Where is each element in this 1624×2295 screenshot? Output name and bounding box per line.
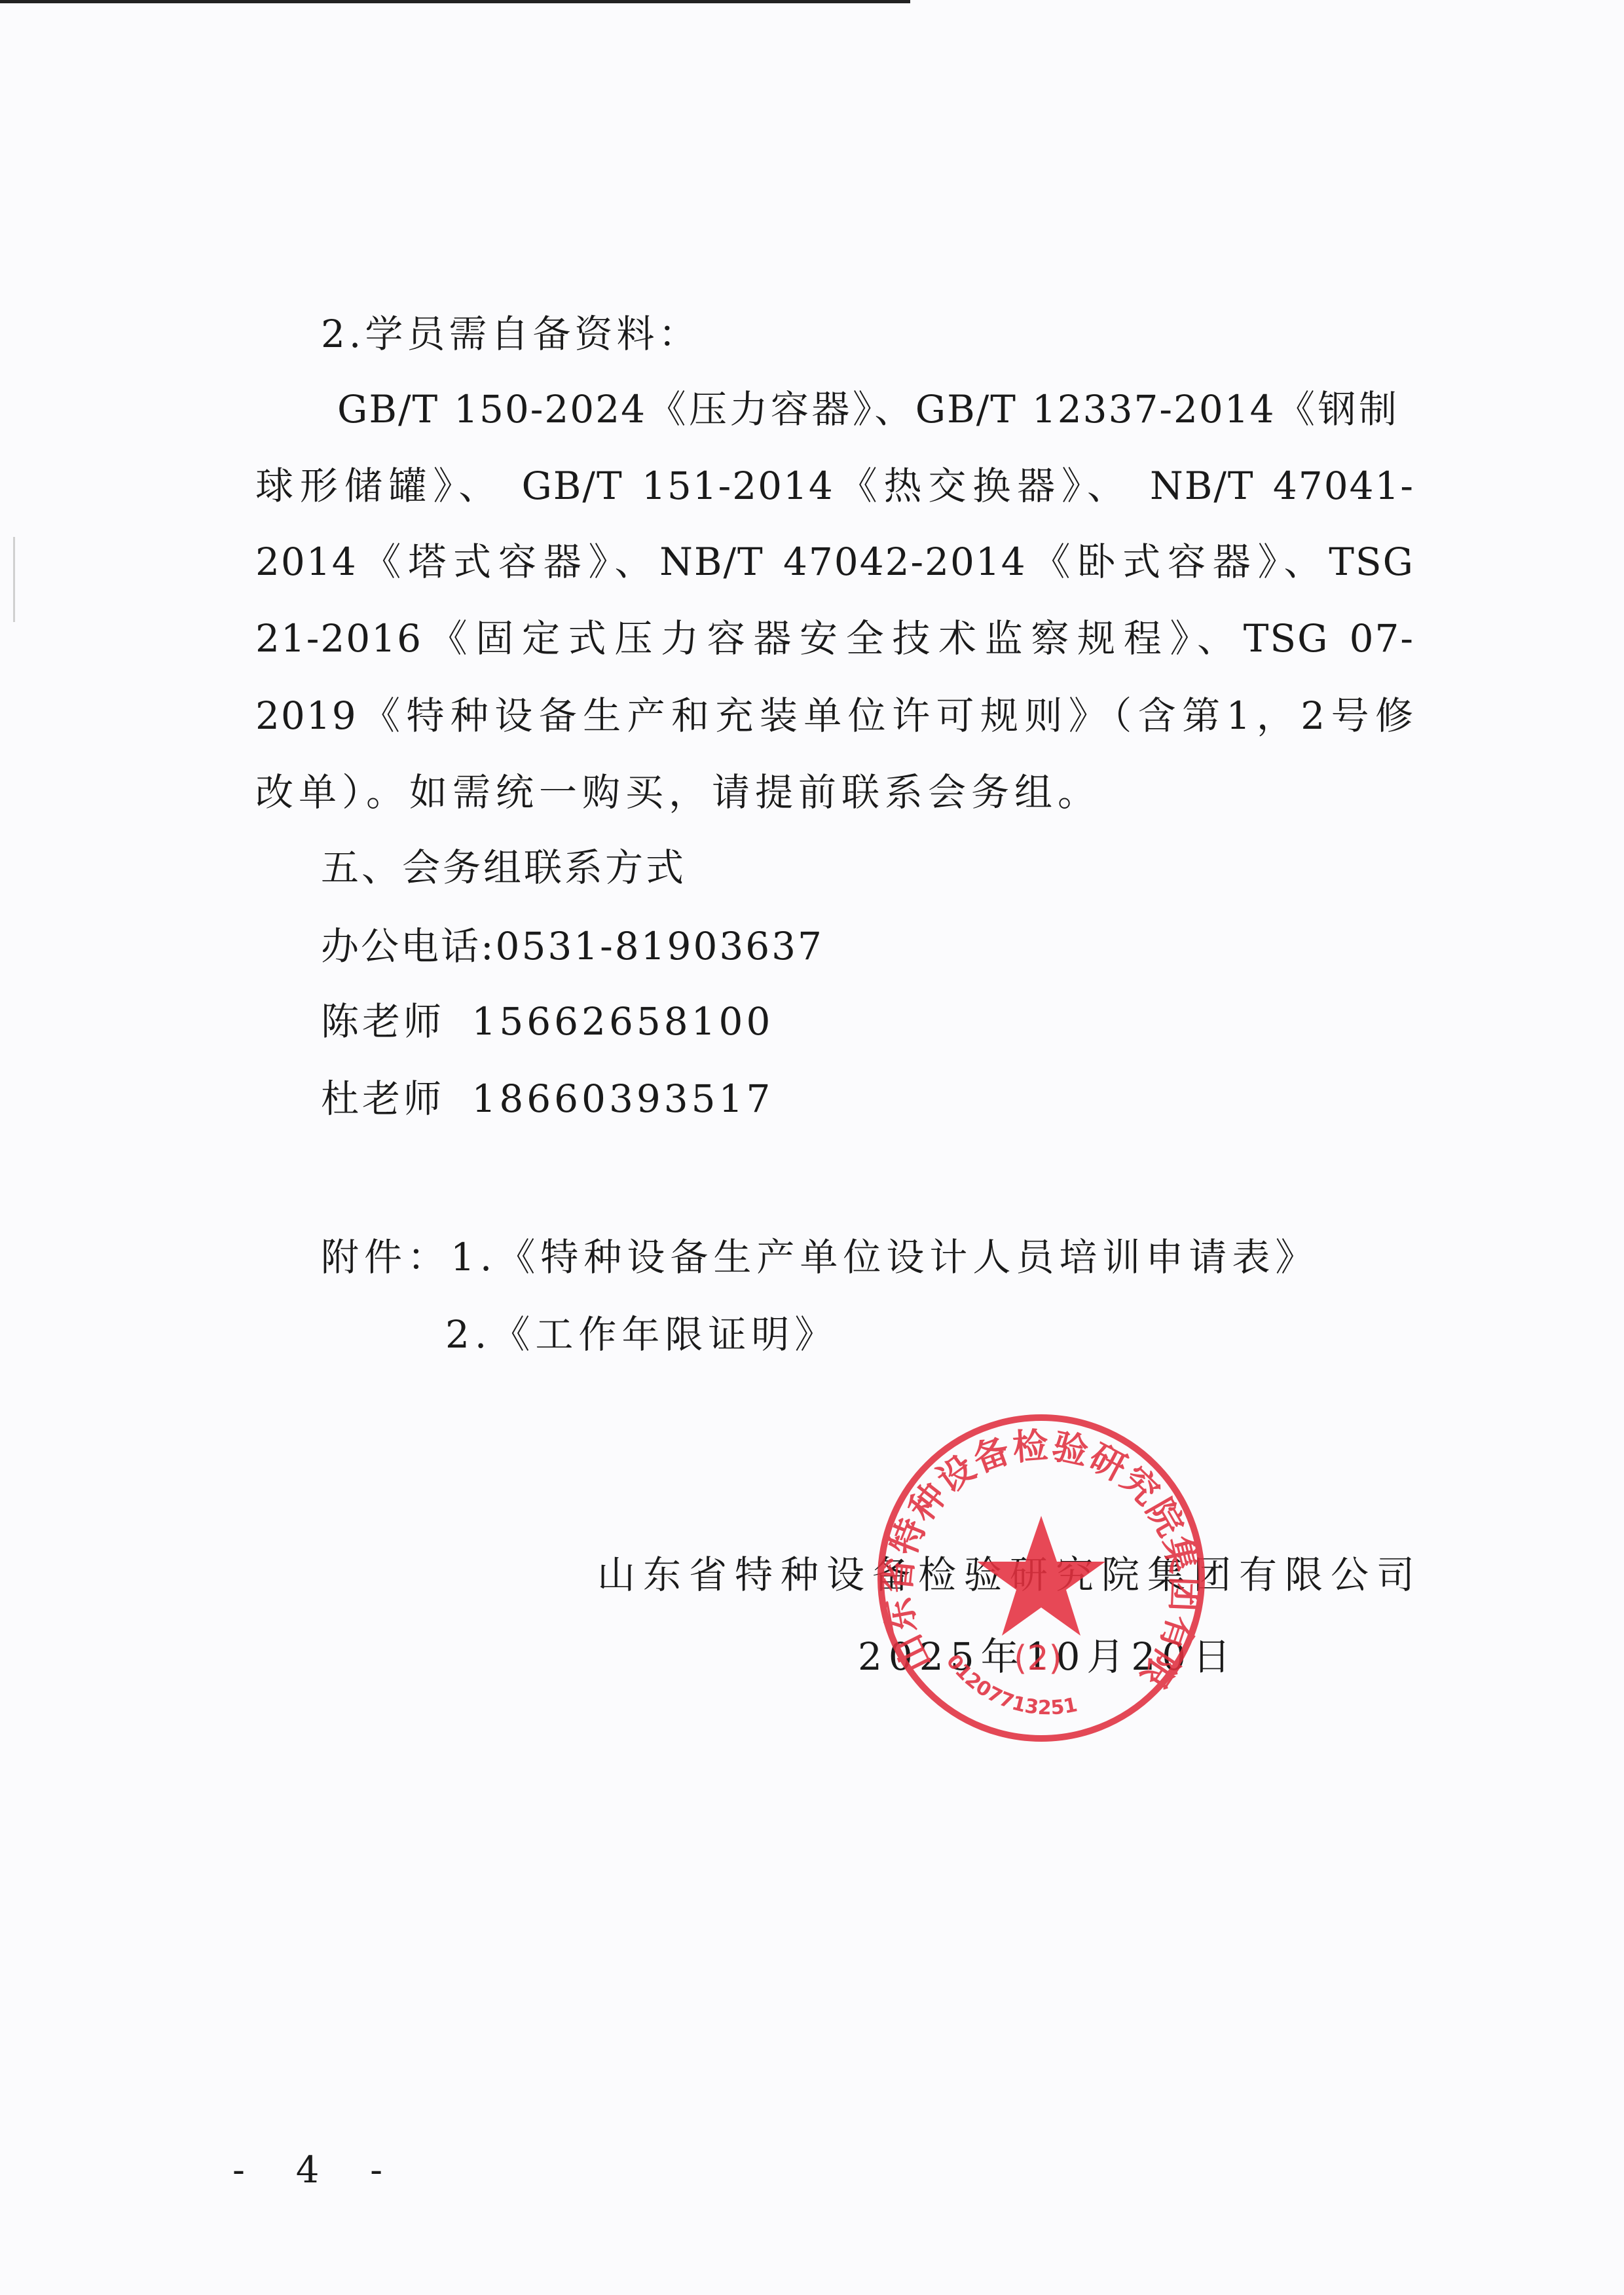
attachment-2: 2.《工作年限证明》 xyxy=(445,1312,838,1357)
page-number: - 4 - xyxy=(232,2149,402,2192)
materials-heading: 2.学员需自备资料： xyxy=(321,311,700,357)
materials-line-4: 21-2016《固定式压力容器安全技术监察规程》、TSG 07- xyxy=(255,615,1414,661)
contact-chen: 陈老师 15662658100 xyxy=(321,999,773,1044)
scan-edge-left xyxy=(13,537,15,622)
materials-line-6: 改单）。如需统一购买，请提前联系会务组。 xyxy=(255,769,1101,815)
materials-line-2: 球形储罐》、 GB/T 151-2014《热交换器》、 NB/T 47041- xyxy=(255,463,1414,509)
signature-date: 2025年10月20日 xyxy=(858,1634,1237,1680)
office-phone: 办公电话:0531-81903637 xyxy=(321,923,824,969)
materials-line-5: 2019《特种设备生产和充装单位许可规则》（含第1，2号修 xyxy=(255,693,1414,739)
materials-line-1: GB/T 150-2024《压力容器》、GB/T 12337-2014《钢制 xyxy=(337,386,1398,432)
materials-line-3: 2014《塔式容器》、NB/T 47042-2014《卧式容器》、TSG xyxy=(255,539,1414,585)
attachment-1: 附件：1.《特种设备生产单位设计人员培训申请表》 xyxy=(321,1234,1318,1280)
scan-edge-top xyxy=(0,0,910,3)
signature-organization: 山东省特种设备检验研究院集团有限公司 xyxy=(597,1552,1422,1598)
contact-du: 杜老师 18660393517 xyxy=(321,1076,773,1122)
contact-heading: 五、会务组联系方式 xyxy=(321,845,686,890)
